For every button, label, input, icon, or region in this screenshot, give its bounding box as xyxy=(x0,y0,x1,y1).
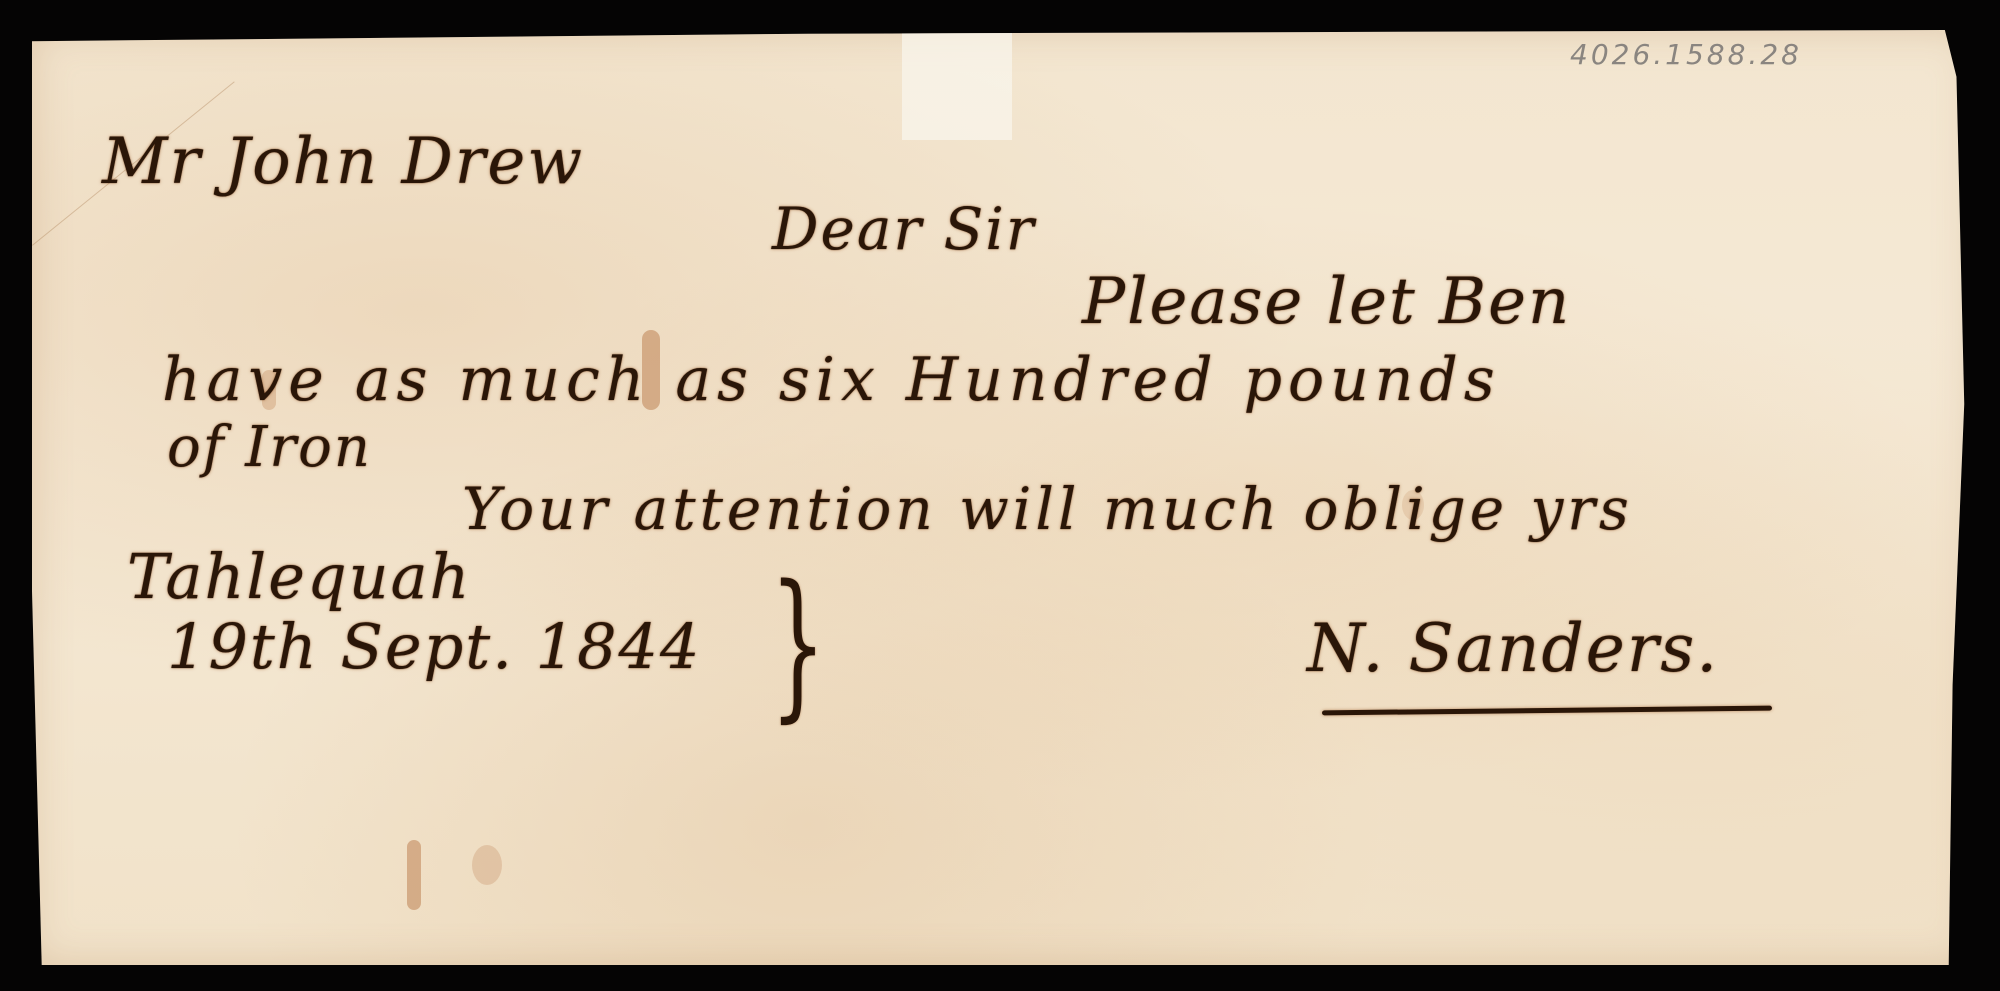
recipient-line: Mr John Drew xyxy=(102,125,584,199)
signature: N. Sanders. xyxy=(1307,610,1719,687)
ink-stain xyxy=(407,840,421,910)
body-line-4: Your attention will much oblige yrs xyxy=(462,475,1633,543)
place-line: Tahlequah xyxy=(127,540,471,613)
signature-underline xyxy=(1322,706,1772,716)
body-line-2: have as much as six Hundred pounds xyxy=(162,345,1501,415)
accession-number: 4026.1588.28 xyxy=(1570,38,1802,71)
tape-residue xyxy=(902,30,1012,140)
document-scan: 4026.1588.28 Mr John Drew Dear Sir Pleas… xyxy=(0,0,2000,991)
body-line-3: of Iron xyxy=(167,415,372,480)
date-brace: } xyxy=(770,550,826,737)
paper-sheet: 4026.1588.28 Mr John Drew Dear Sir Pleas… xyxy=(32,30,1972,965)
greeting-line: Dear Sir xyxy=(772,195,1036,263)
ink-stain xyxy=(472,845,502,885)
date-line: 19th Sept. 1844 xyxy=(167,610,701,683)
body-line-1: Please let Ben xyxy=(1082,265,1571,339)
